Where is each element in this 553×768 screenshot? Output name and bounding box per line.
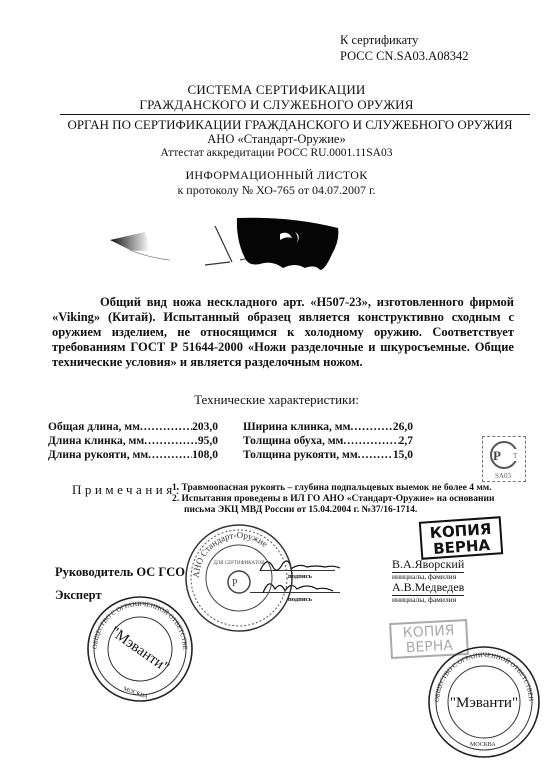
specs-left-column: Общая длина, мм203,0 Длина клинка, мм95,… (48, 420, 218, 462)
header-divider (60, 114, 530, 115)
svg-text:ДЛЯ СЕРТИФИКАТОВ: ДЛЯ СЕРТИФИКАТОВ (213, 561, 265, 566)
accreditation: Аттестат аккредитации РОСС RU.0001.11SA0… (0, 147, 553, 159)
leader-dots (350, 420, 392, 434)
leader-dots (148, 448, 192, 462)
spec-value: 108,0 (192, 448, 218, 462)
head-signer-label: Руководитель ОС ГСО (55, 565, 185, 580)
certification-body: ОРГАН ПО СЕРТИФИКАЦИИ ГРАЖДАНСКОГО И СЛУ… (40, 117, 540, 133)
spec-label: Толщина рукояти, мм (243, 448, 358, 462)
certificate-number: РОСС CN.SA03.A08342 (340, 48, 468, 64)
spec-row: Длина клинка, мм95,0 (48, 434, 218, 448)
svg-text:"Мэванти": "Мэванти" (450, 695, 518, 711)
description-paragraph: Общий вид ножа нескладного арт. «Н507-23… (52, 295, 514, 370)
stamp-line: ВЕРНА (422, 536, 501, 557)
leader-dots (358, 448, 393, 462)
document-subtitle: к протоколу № ХО-765 от 04.07.2007 г. (0, 183, 553, 198)
spec-label: Толщина обуха, мм (243, 434, 343, 448)
document-title: ИНФОРМАЦИОННЫЙ ЛИСТОК (0, 168, 553, 183)
initials-caption: инициалы, фамилия (392, 595, 456, 604)
certification-mark: P T SA03 (482, 436, 526, 482)
spec-row: Ширина клинка, мм26,0 (243, 420, 413, 434)
note-item: 1. Травмоопасная рукоять – глубина подпа… (172, 483, 532, 494)
notes-label: Примечания: (72, 482, 183, 498)
leader-dots (140, 420, 192, 434)
company-seal-left: ОБЩЕСТВО С ОГРАНИЧЕННОЙ ОТВЕТСТВЕННОСТЬЮ… (85, 594, 195, 704)
note-item-continuation: письма ЭКЦ МВД России от 15.04.2004 г. №… (172, 505, 532, 516)
copy-certified-stamp: КОПИЯ ВЕРНА (419, 516, 503, 560)
spec-value: 15,0 (393, 448, 413, 462)
spec-row: Толщина рукояти, мм15,0 (243, 448, 413, 462)
head-signer-name: В.А.Яворский (392, 557, 464, 573)
spec-label: Длина рукояти, мм (48, 448, 148, 462)
company-seal-right: ОБЩЕСТВО С ОГРАНИЧЕННОЙ ОТВЕТСТВЕННОСТЬЮ… (425, 643, 543, 761)
spec-value: 26,0 (393, 420, 413, 434)
organization-name: АНО «Стандарт-Оружие» (0, 132, 553, 147)
specs-title: Технические характеристики: (0, 392, 553, 408)
spec-label: Ширина клинка, мм (243, 420, 350, 434)
description-text: Общий вид ножа нескладного арт. «Н507-23… (52, 295, 514, 369)
system-title-line1: СИСТЕМА СЕРТИФИКАЦИИ (0, 82, 553, 98)
pct-mark-icon: P T SA03 (483, 437, 525, 481)
system-title-line2: ГРАЖДАНСКОГО И СЛУЖЕБНОГО ОРУЖИЯ (0, 97, 553, 113)
svg-text:P: P (493, 448, 501, 463)
svg-text:МОСКВА: МОСКВА (470, 742, 496, 748)
certificate-reference: К сертификату РОСС CN.SA03.A08342 (340, 32, 468, 64)
spec-label: Общая длина, мм (48, 420, 140, 434)
note-item: 2. Испытания проведены в ИЛ ГО АНО «Стан… (172, 494, 532, 505)
svg-text:ОБЩЕСТВО С ОГРАНИЧЕННОЙ ОТВЕТС: ОБЩЕСТВО С ОГРАНИЧЕННОЙ ОТВЕТСТВЕННОСТЬЮ (425, 643, 534, 702)
organization-seal: АНО Стандарт-Оружие ДЛЯ СЕРТИФИКАТОВ P (183, 522, 295, 634)
leader-dots (343, 434, 398, 448)
svg-text:АНО Стандарт-Оружие: АНО Стандарт-Оружие (191, 530, 270, 578)
spec-row: Общая длина, мм203,0 (48, 420, 218, 434)
to-certificate-label: К сертификату (340, 32, 468, 48)
knife-image (100, 212, 340, 282)
svg-text:T: T (513, 452, 518, 460)
leader-dots (144, 434, 198, 448)
spec-value: 203,0 (192, 420, 218, 434)
spec-value: 95,0 (198, 434, 218, 448)
spec-row: Толщина обуха, мм2,7 (243, 434, 413, 448)
svg-text:P: P (232, 578, 238, 589)
notes-list: 1. Травмоопасная рукоять – глубина подпа… (172, 483, 532, 516)
spec-label: Длина клинка, мм (48, 434, 144, 448)
spec-value: 2,7 (399, 434, 413, 448)
svg-text:SA03: SA03 (495, 472, 511, 480)
svg-text:"Мэванти": "Мэванти" (107, 624, 172, 676)
expert-signer-name: А.В.Медведев (392, 580, 464, 596)
specs-right-column: Ширина клинка, мм26,0 Толщина обуха, мм2… (243, 420, 413, 462)
spec-row: Длина рукояти, мм108,0 (48, 448, 218, 462)
